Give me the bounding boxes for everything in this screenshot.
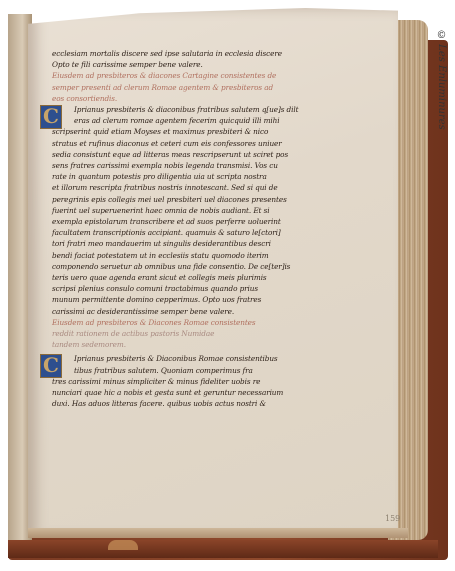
text-line: eras ad clerum romae agentem fecerim qui… xyxy=(52,115,282,126)
initial-letter: C xyxy=(43,104,59,128)
text-line: teris uero quae agenda erant sicut et co… xyxy=(52,272,282,283)
text-line: Opto te fili carissime semper bene valer… xyxy=(52,59,282,70)
rubric-line: Eiusdem ad presbiteros & diacones Cartag… xyxy=(52,70,282,81)
illuminated-initial: C xyxy=(40,105,62,129)
text-line: rate in quantum potestis pro diligentia … xyxy=(52,171,282,182)
text-line: facultatem transcriptionis accipiant. qu… xyxy=(52,227,282,238)
text-line: componendo seruetur ab omnibus una fide … xyxy=(52,261,282,272)
text-line: munum permittente domino cepperimus. Opt… xyxy=(52,294,282,305)
text-line: bendi faciat potestatem ut in ecclesiis … xyxy=(52,250,282,261)
text-line: et illorum rescripta fratribus nostris i… xyxy=(52,182,282,193)
illuminated-initial: C xyxy=(40,354,62,378)
manuscript-text: ecclesiam mortalis discere sed ipse salu… xyxy=(52,48,282,410)
text-line: exempla epistolarum transcribere et ad s… xyxy=(52,216,282,227)
text-line: carissimi ac desiderantissime semper ben… xyxy=(52,306,282,317)
text-line: ecclesiam mortalis discere sed ipse salu… xyxy=(52,48,282,59)
rubric-line: reddit rationem de actibus pastoris Numi… xyxy=(52,328,282,339)
rubric-line: semper presenti ad clerum Romae agentem … xyxy=(52,82,282,93)
text-line: sens fratres carissimi exempla nobis leg… xyxy=(52,160,282,171)
copyright-watermark: © Les Enluminures xyxy=(436,30,447,130)
text-line: tres carissimi minus simpliciter & minus… xyxy=(52,376,282,387)
rubric-line: Eiusdem ad presbiteros & Diacones Romae … xyxy=(52,317,282,328)
text-line: tibus fratribus salutem. Quoniam comperi… xyxy=(52,365,282,376)
page-stain xyxy=(108,540,138,550)
text-line: scripserint quid etiam Moyses et maximus… xyxy=(52,126,282,137)
text-line: Iprianus presbiteris & diaconibus fratri… xyxy=(52,104,282,115)
text-line: fuerint uel superuenerint haec omnia de … xyxy=(52,205,282,216)
text-line: sedia consistunt eque ad litteras meas r… xyxy=(52,149,282,160)
text-line: duxi. Has aduos litteras facere. quibus … xyxy=(52,398,282,409)
page-bottom-edge xyxy=(28,528,408,538)
initial-letter: C xyxy=(43,353,59,377)
rubric-line: tandem sedemorem. xyxy=(52,339,282,350)
manuscript-photo: ecclesiam mortalis discere sed ipse salu… xyxy=(0,0,455,571)
text-line: tori fratri meo mandauerim ut singulis d… xyxy=(52,238,282,249)
rubric-line: eos consortiendis. xyxy=(52,93,282,104)
folio-number: 159 xyxy=(385,514,400,523)
text-line: Iprianus presbiteris & Diaconibus Romae … xyxy=(52,353,282,364)
book-cover-bottom xyxy=(8,540,438,558)
text-line: peregrinis epis collegis mei uel presbit… xyxy=(52,194,282,205)
text-line: nunciari quae hic a nobis et gesta sunt … xyxy=(52,387,282,398)
text-line: scripsi plenius consulo comuni tractabim… xyxy=(52,283,282,294)
text-line: stratus et rufinus diaconus et ceteri cu… xyxy=(52,138,282,149)
